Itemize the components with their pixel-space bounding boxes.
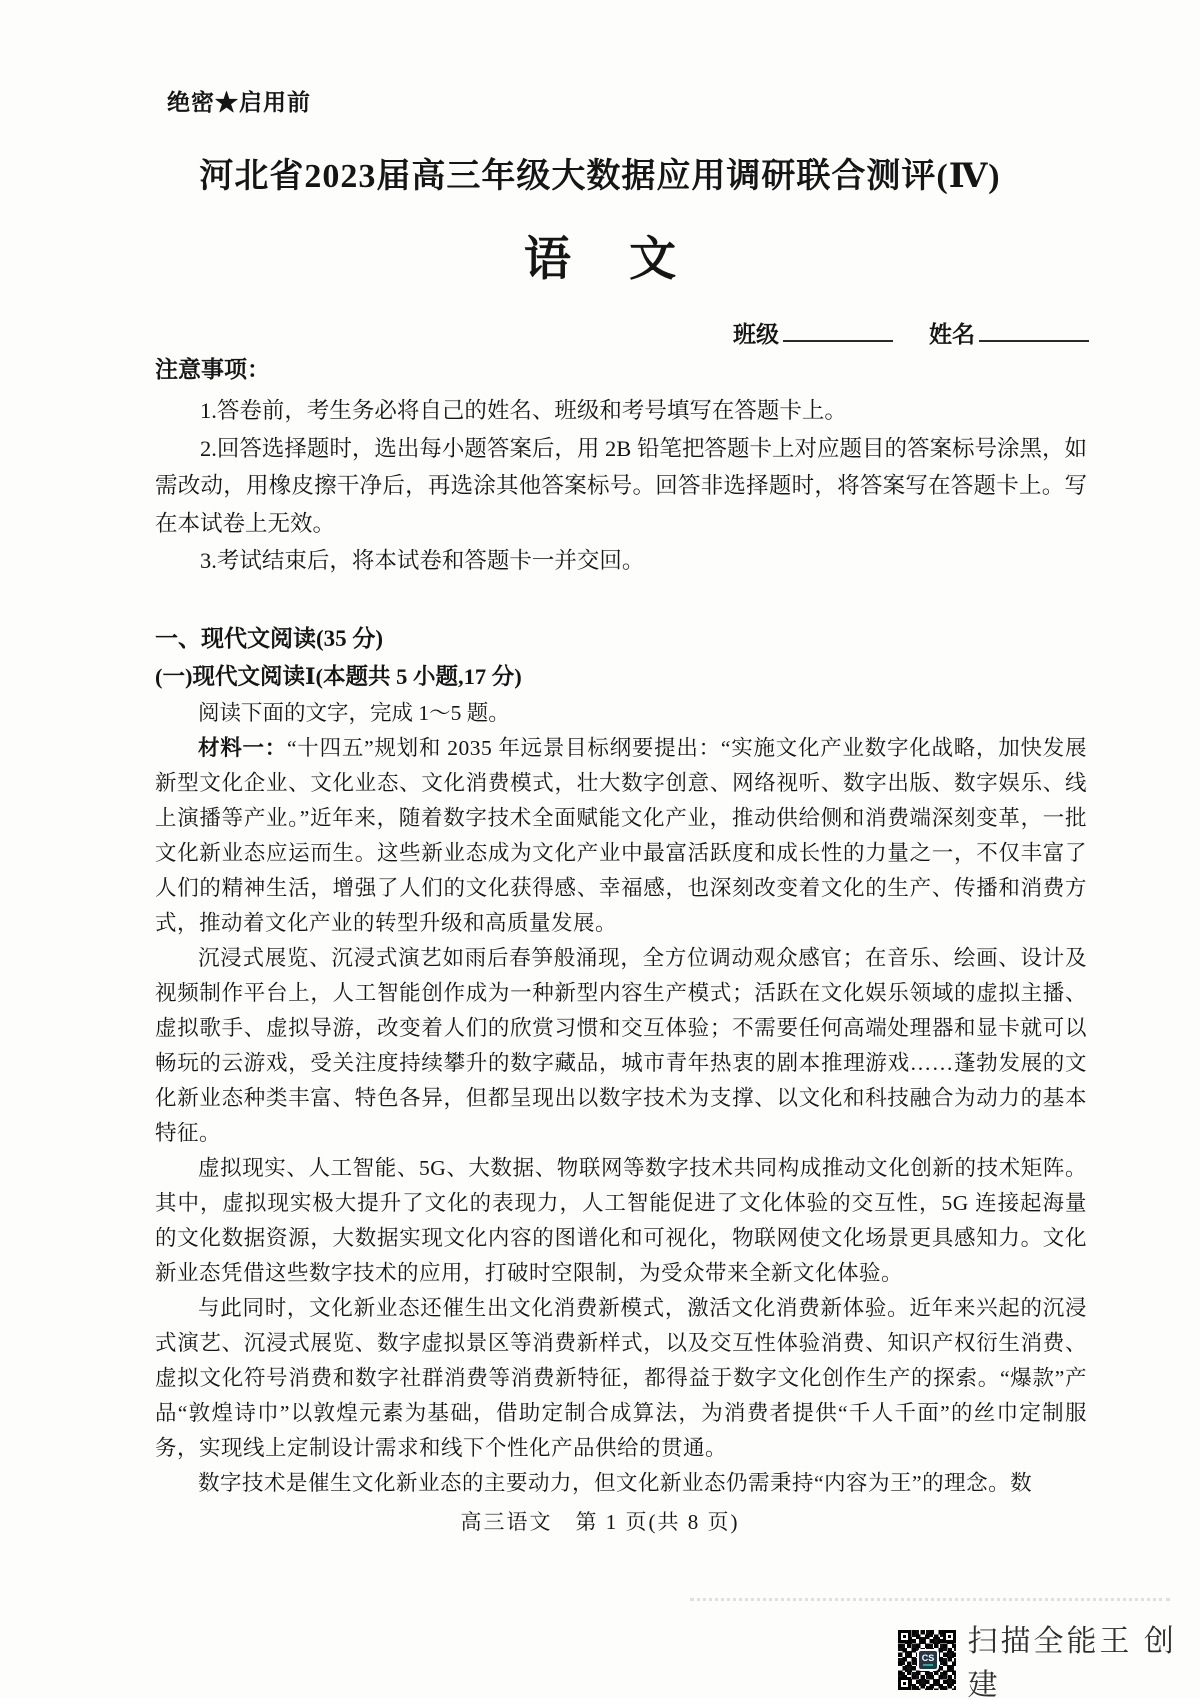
paragraph-text: 数字技术是催生文化新业态的主要动力，但文化新业态仍需秉持“内容为王”的理念。数 (198, 1471, 1032, 1495)
material-paragraph-4: 与此同时，文化新业态还催生出文化消费新模式，激活文化消费新体验。近年来兴起的沉浸… (155, 1291, 1087, 1466)
qr-finder-icon (943, 1630, 956, 1643)
notice-item-3: 3.考试结束后，将本试卷和答题卡一并交回。 (155, 542, 1087, 580)
scan-artifact-band (690, 1598, 1170, 1601)
notice-heading: 注意事项： (155, 352, 1087, 388)
paragraph-text: “十四五”规划和 2035 年远景目标纲要提出：“实施文化产业数字化战略，加快发… (155, 736, 1087, 935)
page-footer: 高三语文 第 1 页(共 8 页) (0, 1506, 1200, 1536)
student-info-row: 班级姓名 (733, 316, 1089, 349)
material-paragraph-1: 材料一：“十四五”规划和 2035 年远景目标纲要提出：“实施文化产业数字化战略… (155, 731, 1087, 941)
camscanner-watermark: CS 扫描全能王 创建 (898, 1616, 1200, 1699)
material-paragraph-3: 虚拟现实、人工智能、5G、大数据、物联网等数字技术共同构成推动文化创新的技术矩阵… (155, 1151, 1087, 1291)
class-blank-line (783, 317, 893, 342)
notice-item-2: 2.回答选择题时，选出每小题答案后，用 2B 铅笔把答题卡上对应题目的答案标号涂… (155, 430, 1087, 543)
subsection-heading: (一)现代文阅读Ⅰ(本题共 5 小题,17 分) (155, 660, 1087, 694)
camscanner-logo-icon: CS (917, 1649, 939, 1671)
qr-finder-icon (898, 1677, 911, 1690)
camscanner-logo-bar (923, 1664, 933, 1666)
exam-paper-page: 绝密★启用前 河北省2023届高三年级大数据应用调研联合测评(Ⅳ) 语 文 班级… (0, 0, 1200, 1699)
paragraph-text: 虚拟现实、人工智能、5G、大数据、物联网等数字技术共同构成推动文化创新的技术矩阵… (155, 1156, 1087, 1285)
exam-title: 河北省2023届高三年级大数据应用调研联合测评(Ⅳ) (0, 148, 1200, 197)
camscanner-caption: 扫描全能王 创建 (968, 1616, 1200, 1699)
notice-item-1: 1.答卷前，考生务必将自己的姓名、班级和考号填写在答题卡上。 (155, 392, 1087, 430)
qr-code: CS (898, 1630, 956, 1690)
content-area: 注意事项： 1.答卷前，考生务必将自己的姓名、班级和考号填写在答题卡上。 2.回… (155, 352, 1087, 1501)
material-paragraph-5: 数字技术是催生文化新业态的主要动力，但文化新业态仍需秉持“内容为王”的理念。数 (155, 1466, 1087, 1501)
material-paragraph-2: 沉浸式展览、沉浸式演艺如雨后春笋般涌现，全方位调动观众感官；在音乐、绘画、设计及… (155, 941, 1087, 1151)
section-heading: 一、现代文阅读(35 分) (155, 624, 1087, 654)
class-label: 班级 (733, 322, 779, 347)
camscanner-logo-letters: CS (922, 1654, 935, 1663)
name-label: 姓名 (929, 322, 975, 347)
subject-title: 语 文 (0, 222, 1200, 289)
name-blank-line (979, 317, 1089, 342)
paragraph-text: 与此同时，文化新业态还催生出文化消费新模式，激活文化消费新体验。近年来兴起的沉浸… (155, 1296, 1087, 1460)
paragraph-text: 沉浸式展览、沉浸式演艺如雨后春笋般涌现，全方位调动观众感官；在音乐、绘画、设计及… (155, 946, 1087, 1145)
reading-instruction: 阅读下面的文字，完成 1～5 题。 (155, 696, 1087, 731)
qr-finder-icon (898, 1630, 911, 1643)
material-label: 材料一： (198, 736, 287, 760)
secrecy-label: 绝密★启用前 (167, 84, 311, 117)
